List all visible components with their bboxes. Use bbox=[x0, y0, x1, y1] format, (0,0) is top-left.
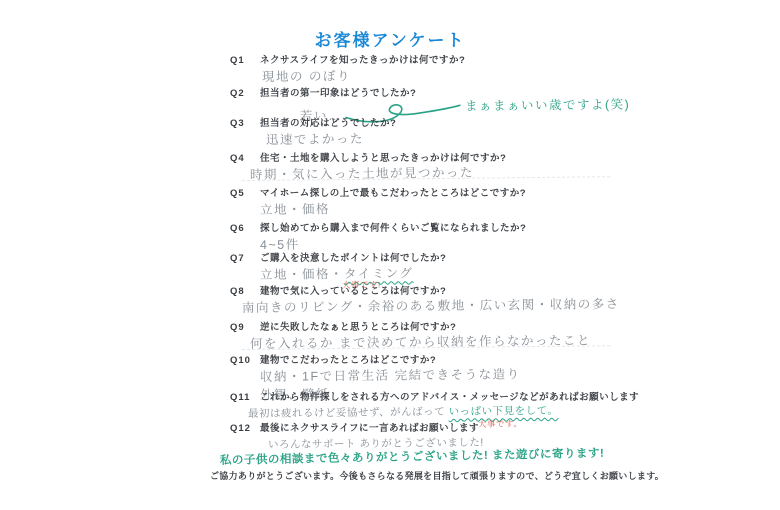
question-line: Q3担当者の対応はどうでしたか? bbox=[230, 116, 612, 130]
answer-text: まぁまぁいい歳ですよ(笑) bbox=[465, 98, 630, 114]
question-text: 探し始めてから購入まで何件くらいご覧になられましたか? bbox=[260, 223, 526, 234]
answer-text: 最初は疲れるけど妥協せず、がんばって bbox=[248, 406, 449, 420]
question-block: Q9逆に失敗したなぁと思うところは何ですか?何を入れるか まで決めてから収納を作… bbox=[230, 320, 612, 352]
question-block: Q12最後にネクサスライフに一言あればお願いしますいろんなサポート ありがとうご… bbox=[230, 421, 612, 469]
question-number: Q9 bbox=[230, 322, 260, 334]
question-number: Q5 bbox=[230, 188, 260, 200]
handwritten-answer: 立地・価格・タイミング bbox=[260, 266, 414, 283]
answer-text: 何を入れるか まで決めてから収納を作らなかったこと bbox=[250, 333, 591, 351]
question-line: Q12最後にネクサスライフに一言あればお願いします bbox=[230, 421, 612, 435]
question-number: Q11 bbox=[230, 392, 260, 404]
handwritten-answer: 何を入れるか まで決めてから収納を作らなかったこと bbox=[250, 333, 591, 352]
answer-text: 立地・価格 bbox=[260, 202, 330, 217]
question-block: Q5マイホーム探しの上で最もこだわったところはどこですか?立地・価格 bbox=[230, 186, 612, 218]
question-text: これから物件探しをされる方へのアドバイス・メッセージなどがあればお願いします bbox=[260, 392, 639, 403]
question-text: 建物でこだわったところはどこですか? bbox=[260, 355, 436, 366]
question-block: Q3担当者の対応はどうでしたか?迅速でよかった bbox=[230, 116, 612, 148]
answer-text: 立地・価格・ bbox=[260, 267, 344, 282]
question-line: Q1ネクサスライフを知ったきっかけは何ですか? bbox=[230, 53, 612, 67]
question-number: Q6 bbox=[230, 223, 260, 235]
question-text: 担当者の対応はどうでしたか? bbox=[260, 118, 396, 129]
question-text: ネクサスライフを知ったきっかけは何ですか? bbox=[260, 55, 465, 66]
question-number: Q4 bbox=[230, 153, 260, 165]
handwritten-answer: 時期・気に入った土地が見つかった bbox=[250, 166, 474, 183]
question-text: 建物で気に入っているところは何ですか? bbox=[260, 286, 446, 297]
answer-text: 南向きのリビング・余裕のある敷地・広い玄関・収納の多さ bbox=[242, 297, 620, 315]
footer-note: ご協力ありがとうございます。今後もさらなる発展を目指して頑張りますので、どうぞ宜… bbox=[210, 469, 770, 482]
handwritten-answer: 現地の のぼり bbox=[262, 69, 351, 85]
question-line: Q8建物で気に入っているところは何ですか? bbox=[230, 284, 612, 298]
question-block: Q6探し始めてから購入まで何件くらいご覧になられましたか?4~5件 bbox=[230, 221, 612, 253]
answer-text: 収納・1Fで日常生活 完結できそうな造り bbox=[260, 367, 521, 384]
question-number: Q7 bbox=[230, 253, 260, 265]
question-text: 最後にネクサスライフに一言あればお願いします bbox=[260, 423, 479, 434]
question-block: Q4住宅・土地を購入しようと思ったきっかけは何ですか?時期・気に入った土地が見つ… bbox=[230, 151, 612, 183]
handwritten-answer: 迅速でよかった bbox=[266, 132, 364, 148]
answer-text: 迅速でよかった bbox=[266, 132, 364, 147]
question-line: Q10建物でこだわったところはどこですか? bbox=[230, 353, 612, 367]
question-number: Q8 bbox=[230, 286, 260, 298]
question-number: Q12 bbox=[230, 423, 260, 435]
question-line: Q5マイホーム探しの上で最もこだわったところはどこですか? bbox=[230, 186, 612, 200]
handwritten-answer: 南向きのリビング・余裕のある敷地・広い玄関・収納の多さ bbox=[242, 297, 620, 316]
question-number: Q2 bbox=[230, 88, 260, 100]
question-number: Q1 bbox=[230, 55, 260, 67]
handwritten-answer: 収納・1Fで日常生活 完結できそうな造り bbox=[260, 367, 521, 385]
question-text: 逆に失敗したなぁと思うところは何ですか? bbox=[260, 322, 456, 333]
handwritten-answer: 立地・価格 bbox=[260, 202, 330, 218]
question-line: Q4住宅・土地を購入しようと思ったきっかけは何ですか? bbox=[230, 151, 612, 165]
question-list: Q1ネクサスライフを知ったきっかけは何ですか?現地の のぼりQ2担当者の第一印象… bbox=[0, 0, 780, 510]
question-line: Q11これから物件探しをされる方へのアドバイス・メッセージなどがあればお願いしま… bbox=[230, 390, 612, 404]
question-number: Q10 bbox=[230, 355, 260, 367]
answer-text: 時期・気に入った土地が見つかった bbox=[250, 166, 474, 182]
question-text: マイホーム探しの上で最もこだわったところはどこですか? bbox=[260, 188, 526, 199]
answer-text: 現地の のぼり bbox=[262, 69, 351, 84]
question-text: 担当者の第一印象はどうでしたか? bbox=[260, 88, 416, 99]
question-line: Q6探し始めてから購入まで何件くらいご覧になられましたか? bbox=[230, 221, 612, 235]
answer-text: いっぱい下見をして。 bbox=[448, 405, 558, 418]
question-block: Q1ネクサスライフを知ったきっかけは何ですか?現地の のぼり bbox=[230, 53, 612, 85]
question-block: Q8建物で気に入っているところは何ですか?南向きのリビング・余裕のある敷地・広い… bbox=[230, 284, 612, 316]
survey-sheet: お客様アンケート Q1ネクサスライフを知ったきっかけは何ですか?現地の のぼりQ… bbox=[0, 0, 780, 510]
answer-text: 4~5件 bbox=[260, 238, 300, 252]
question-text: 住宅・土地を購入しようと思ったきっかけは何ですか? bbox=[260, 153, 506, 164]
question-text: ご購入を決意したポイントは何でしたか? bbox=[260, 253, 446, 264]
question-number: Q3 bbox=[230, 118, 260, 130]
question-line: Q7ご購入を決意したポイントは何でしたか? bbox=[230, 251, 612, 265]
question-line: Q9逆に失敗したなぁと思うところは何ですか? bbox=[230, 320, 612, 334]
